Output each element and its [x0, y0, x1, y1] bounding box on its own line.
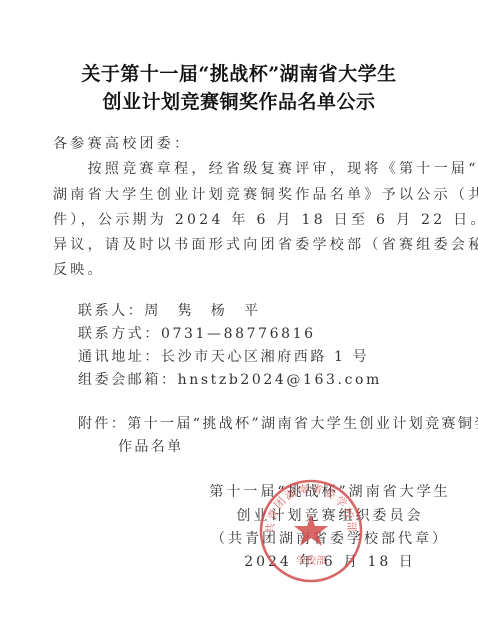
body-line-4: 异议，请及时以书面形式向团省委学校部（省赛组委会秘书处）	[53, 235, 478, 255]
salutation: 各参赛高校团委：	[53, 134, 191, 154]
signature-date: 2024 年 6 月 18 日	[200, 552, 460, 572]
signature-org-line3: （共青团湖南省委学校部代章）	[200, 529, 460, 549]
document-title-line1: 关于第十一届“挑战杯”湖南省大学生	[0, 59, 478, 86]
signature-org-line1: 第十一届“挑战杯”湖南省大学生	[200, 482, 460, 502]
attachment-line1: 附件：第十一届“挑战杯”湖南省大学生创业计划竞赛铜奖	[78, 414, 478, 434]
body-line-3: 件），公示期为 2024 年 6 月 18 日至 6 月 22 日。公示期间如有	[53, 210, 478, 230]
contact-phone: 联系方式：0731—88776816	[78, 324, 316, 344]
body-line-5: 反映。	[53, 260, 105, 280]
document-title-line2: 创业计划竞赛铜奖作品名单公示	[0, 87, 478, 114]
document-page: 关于第十一届“挑战杯”湖南省大学生 创业计划竞赛铜奖作品名单公示 各参赛高校团委…	[0, 0, 478, 642]
attachment-line2: 作品名单	[118, 437, 184, 457]
contact-address: 通讯地址：长沙市天心区湘府西路 1 号	[78, 347, 369, 367]
body-line-1: 按照竞赛章程，经省级复赛评审，现将《第十一届“挑战杯”	[53, 159, 478, 179]
contact-email[interactable]: 组委会邮箱：hnstzb2024@163.com	[78, 370, 382, 390]
body-line-2: 湖南省大学生创业计划竞赛铜奖作品名单》予以公示（共计 481	[53, 185, 478, 205]
signature-org-line2: 创业计划竞赛组织委员会	[200, 506, 460, 526]
contact-person: 联系人：周 隽 杨 平	[78, 301, 261, 321]
